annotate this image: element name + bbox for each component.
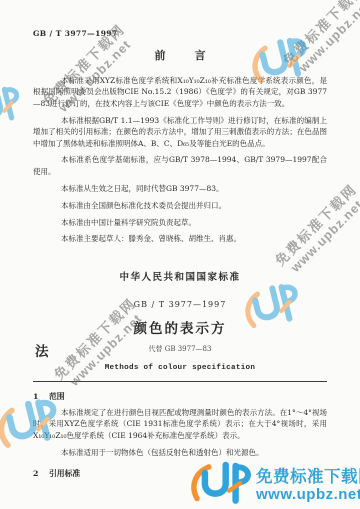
title-wrap-row: 法 代替 GB 3977—83 <box>33 341 327 356</box>
foreword-title: 前 言 <box>33 47 327 63</box>
section-1-title: 范围 <box>49 392 65 401</box>
document-title-en: Methods of colour specification <box>33 364 327 372</box>
section-2-number: 2 <box>33 469 49 478</box>
foreword-paragraph: 本标准采用XYZ标准色度学系统和X₁₀Y₁₀Z₁₀补充标准色度学系统表示颜色，是… <box>33 75 327 109</box>
section-1-number: 1 <box>33 392 49 401</box>
foreword-paragraph: 本标准主要起草人：滕秀金、曾晓栋、胡维生、肖惠。 <box>33 233 327 244</box>
foreword-paragraph: 本标准根据GB/T 1.1—1993《标准化工作导则》进行修订时，在标准的编制上… <box>33 115 327 149</box>
supersedes-note: 代替 GB 3977—83 <box>33 341 327 354</box>
foreword-paragraph: 本标准系色度学基础标准，应与GB/T 3978—1994、GB/T 3979—1… <box>33 154 327 177</box>
section-1-heading: 1范围 <box>33 391 327 402</box>
national-standard-label: 中华人民共和国国家标准 <box>33 269 327 283</box>
section-1-paragraph: 本标准适用于一切物体色（包括反射色和透射色）和光源色。 <box>33 447 327 458</box>
section-2-heading: 2引用标准 <box>33 468 327 479</box>
foreword-paragraph: 本标准由全国颜色标准化技术委员会提出并归口。 <box>33 200 327 211</box>
section-2-title: 引用标准 <box>49 469 80 478</box>
foreword-paragraph: 本标准从生效之日起，同时代替GB 3977—83。 <box>33 183 327 194</box>
section-1-paragraph: 本标准规定了在进行颜色目视匹配或物理测量时颜色的表示方法。在1°～4°视场时，采… <box>33 407 327 441</box>
foreword-paragraph: 本标准由中国计量科学研究院负责起草。 <box>33 217 327 228</box>
document-page: GB / T 3977—1997 前 言 本标准采用XYZ标准色度学系统和X₁₀… <box>0 0 360 509</box>
document-title-wrapped-char: 法 <box>35 340 49 360</box>
document-title-cn: 颜色的表示方 <box>33 317 327 337</box>
title-divider <box>33 381 327 382</box>
standard-code: GB / T 3977—1997 <box>33 300 327 309</box>
page-header-standard-code: GB / T 3977—1997 <box>33 29 327 38</box>
